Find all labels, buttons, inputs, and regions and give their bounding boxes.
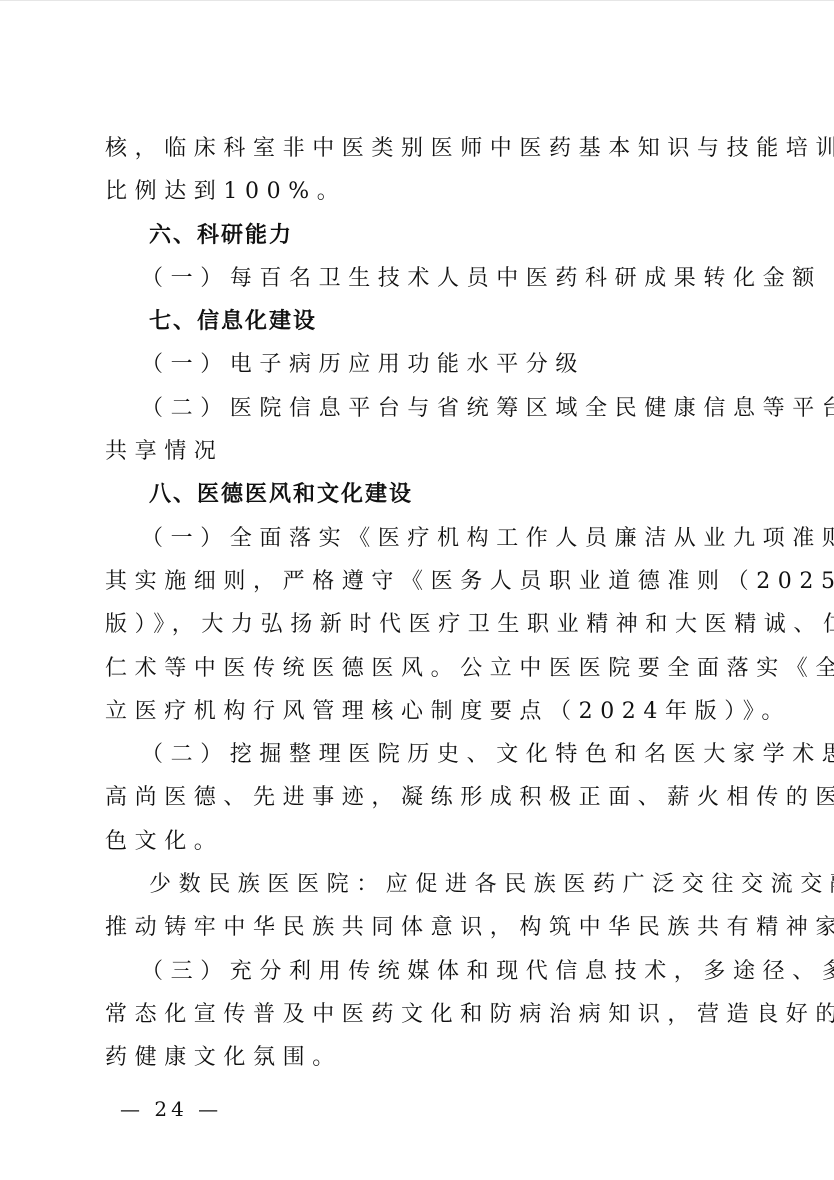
page-top-border bbox=[0, 0, 834, 1]
section-heading-research: 六、科研能力 bbox=[105, 214, 745, 257]
body-line: 推动铸牢中华民族共同体意识，构筑中华民族共有精神家园。 bbox=[105, 906, 745, 949]
body-line: 版）》，大力弘扬新时代医疗卫生职业精神和大医精诚、仁心 bbox=[105, 603, 745, 646]
body-line: 共享情况 bbox=[105, 430, 745, 473]
body-line: 仁术等中医传统医德医风。公立中医医院要全面落实《全国公 bbox=[105, 647, 745, 690]
body-line: 高尚医德、先进事迹，凝练形成积极正面、薪火相传的医院特 bbox=[105, 776, 745, 819]
sub-item-line: （一）电子病历应用功能水平分级 bbox=[105, 343, 745, 386]
section-heading-informatization: 七、信息化建设 bbox=[105, 300, 745, 343]
body-line: 比例达到100%。 bbox=[105, 170, 745, 213]
sub-item-line: （二）挖掘整理医院历史、文化特色和名医大家学术思想、 bbox=[105, 733, 745, 776]
sub-item-line: （二）医院信息平台与省统筹区域全民健康信息等平台互通 bbox=[105, 387, 745, 430]
section-heading-ethics-culture: 八、医德医风和文化建设 bbox=[105, 473, 745, 516]
body-line: 色文化。 bbox=[105, 820, 745, 863]
paragraph-line: 少数民族医医院：应促进各民族医药广泛交往交流交融， bbox=[105, 863, 745, 906]
body-line: 核，临床科室非中医类别医师中医药基本知识与技能培训考核 bbox=[105, 127, 745, 170]
sub-item-line: （一）全面落实《医疗机构工作人员廉洁从业九项准则》及 bbox=[105, 517, 745, 560]
sub-item-line: （三）充分利用传统媒体和现代信息技术，多途径、多形式、 bbox=[105, 950, 745, 993]
body-line: 其实施细则，严格遵守《医务人员职业道德准则（2025年 bbox=[105, 560, 745, 603]
document-page: 核，临床科室非中医类别医师中医药基本知识与技能培训考核 比例达到100%。 六、… bbox=[105, 127, 745, 1080]
sub-item-line: （一）每百名卫生技术人员中医药科研成果转化金额 bbox=[105, 257, 745, 300]
body-line: 立医疗机构行风管理核心制度要点（2024年版）》。 bbox=[105, 690, 745, 733]
body-line: 药健康文化氛围。 bbox=[105, 1036, 745, 1079]
page-number: — 24 — bbox=[120, 1097, 222, 1121]
body-line: 常态化宣传普及中医药文化和防病治病知识，营造良好的中医 bbox=[105, 993, 745, 1036]
